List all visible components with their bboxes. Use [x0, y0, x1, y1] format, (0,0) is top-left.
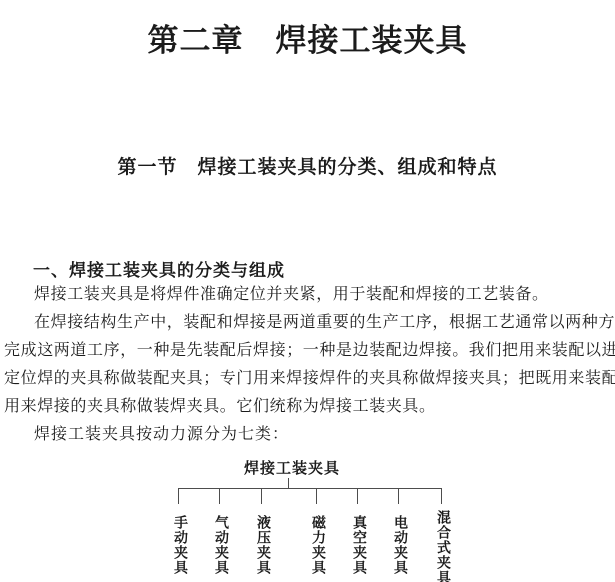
- section-title: 第一节 焊接工装夹具的分类、组成和特点: [0, 154, 615, 182]
- diagram-root-stem-line: [288, 478, 289, 488]
- diagram-branch-line-3: [261, 488, 262, 504]
- diagram-branch-line-1: [178, 488, 179, 504]
- diagram-category-label-magnetic: 磁力夹具: [307, 515, 327, 575]
- paragraph-2-line-2: 完成这两道工序，一种是先装配后焊接；一种是边装配边焊接。我们把用来装配以进行: [4, 341, 612, 361]
- diagram-branch-line-6: [398, 488, 399, 504]
- diagram-category-label-vacuum: 真空夹具: [348, 515, 368, 575]
- document-page: 第二章 焊接工装夹具 第一节 焊接工装夹具的分类、组成和特点 一、焊接工装夹具的…: [0, 0, 615, 582]
- diagram-category-label-pneumatic: 气动夹具: [210, 515, 230, 575]
- paragraph-2-line-3: 定位焊的夹具称做装配夹具；专门用来焊接焊件的夹具称做焊接夹具；把既用来装配又: [4, 369, 612, 389]
- paragraph-3-line: 焊接工装夹具按动力源分为七类：: [4, 425, 615, 445]
- paragraph-2-line-1: 在焊接结构生产中，装配和焊接是两道重要的生产工序，根据工艺通常以两种方式: [4, 313, 615, 333]
- diagram-category-label-hybrid: 混合式夹具: [432, 510, 452, 582]
- diagram-category-label-hydraulic: 液压夹具: [252, 515, 272, 575]
- diagram-branch-line-5: [357, 488, 358, 504]
- paragraph-2-line-4: 用来焊接的夹具称做装焊夹具。它们统称为焊接工装夹具。: [4, 397, 612, 417]
- diagram-category-label-electric: 电动夹具: [389, 515, 409, 575]
- diagram-branch-line-7: [441, 488, 442, 504]
- diagram-root-label: 焊接工装夹具: [244, 461, 340, 478]
- diagram-branch-line-2: [219, 488, 220, 504]
- paragraph-1-line: 焊接工装夹具是将焊件准确定位并夹紧，用于装配和焊接的工艺装备。: [4, 285, 615, 305]
- diagram-horizontal-connector-line: [178, 488, 442, 489]
- subsection-heading: 一、焊接工装夹具的分类与组成: [33, 259, 285, 283]
- diagram-branch-line-4: [316, 488, 317, 504]
- classification-tree-diagram: 焊接工装夹具 手动夹具 气动夹具 液压夹具 磁力夹具 真空夹具 电动夹具 混合式…: [0, 455, 615, 582]
- chapter-title: 第二章 焊接工装夹具: [0, 20, 615, 62]
- diagram-category-label-manual: 手动夹具: [169, 515, 189, 575]
